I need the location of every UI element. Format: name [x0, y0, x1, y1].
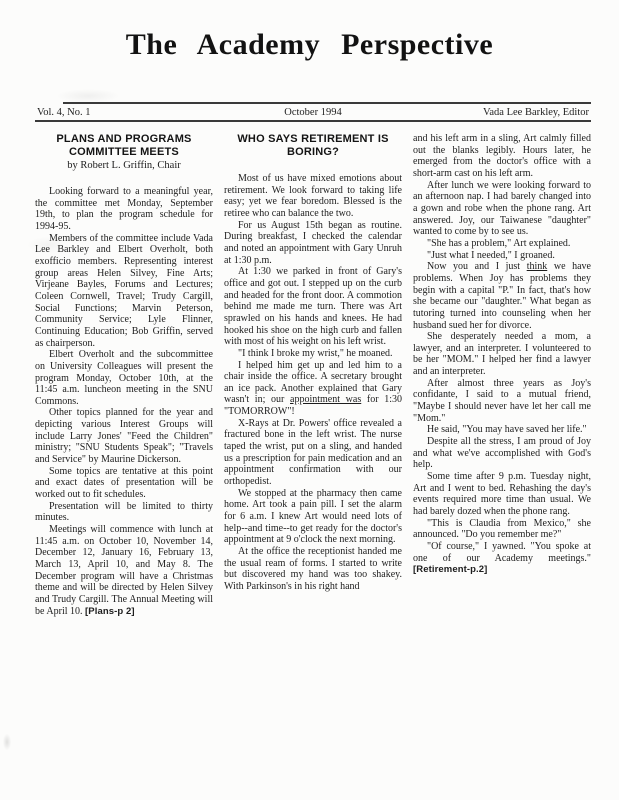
underlined-word: appointment was — [290, 394, 361, 405]
plans-article-heading: PLANS AND PROGRAMS COMMITTEE MEETS — [35, 133, 213, 159]
plans-paragraph: Looking forward to a meaningful year, th… — [35, 186, 213, 233]
retirement-paragraph: "Of course," I yawned. "You spoke at one… — [413, 541, 591, 576]
newsletter-title: The Academy Perspective — [0, 28, 619, 62]
plans-paragraph-text: Meetings will commence with lunch at 11:… — [35, 524, 213, 617]
retirement-paragraph: "Just what I needed," I groaned. — [413, 250, 591, 262]
retirement-paragraph: Now you and I just think we have problem… — [413, 261, 591, 331]
volume-number: Vol. 4, No. 1 — [37, 107, 221, 118]
plans-paragraph: Elbert Overholt and the subcommittee on … — [35, 349, 213, 407]
plans-paragraph: Members of the committee include Vada Le… — [35, 233, 213, 350]
retirement-paragraph: Some time after 9 p.m. Tuesday night, Ar… — [413, 471, 591, 518]
newsletter-page: The Academy Perspective Vol. 4, No. 1 Oc… — [0, 0, 619, 800]
column-1: PLANS AND PROGRAMS COMMITTEE MEETS by Ro… — [35, 131, 213, 617]
retirement-paragraph: "I think I broke my wrist," he moaned. — [224, 348, 402, 360]
retirement-paragraph: After lunch we were looking forward to a… — [413, 180, 591, 238]
retirement-paragraph-text: Now you and I just — [427, 261, 527, 272]
retirement-paragraph: For us August 15th began as routine. Dur… — [224, 220, 402, 267]
column-3: and his left arm in a sling, Art calmly … — [413, 131, 591, 617]
column-2: WHO SAYS RETIREMENT IS BORING? Most of u… — [224, 131, 402, 617]
retirement-paragraph: He said, "You may have saved her life." — [413, 424, 591, 436]
dateline-row: Vol. 4, No. 1 October 1994 Vada Lee Bark… — [35, 104, 591, 120]
retirement-paragraph-text: "Of course," I yawned. "You spoke at one… — [413, 541, 591, 564]
plans-jump-tag: [Plans-p 2] — [85, 606, 135, 617]
plans-paragraph: Presentation will be limited to thirty m… — [35, 501, 213, 524]
retirement-paragraph: X-Rays at Dr. Powers' office revealed a … — [224, 418, 402, 488]
plans-paragraph: Other topics planned for the year and de… — [35, 407, 213, 465]
retirement-paragraph: At 1:30 we parked in front of Gary's off… — [224, 266, 402, 348]
plans-paragraph: Meetings will commence with lunch at 11:… — [35, 524, 213, 617]
editor-credit: Vada Lee Barkley, Editor — [405, 107, 589, 118]
retirement-jump-tag: [Retirement-p.2] — [413, 564, 487, 575]
retirement-paragraph: Most of us have mixed emotions about ret… — [224, 173, 402, 220]
dateline-rule-bottom — [35, 120, 591, 122]
underlined-word: think — [527, 261, 548, 272]
retirement-paragraph: "This is Claudia from Mexico," she annou… — [413, 518, 591, 541]
retirement-paragraph: We stopped at the pharmacy then came hom… — [224, 488, 402, 546]
retirement-paragraph: At the office the receptionist handed me… — [224, 546, 402, 593]
retirement-paragraph: She desperately needed a mom, a lawyer, … — [413, 331, 591, 378]
issue-date: October 1994 — [221, 107, 405, 118]
plans-article-byline: by Robert L. Griffin, Chair — [35, 160, 213, 171]
retirement-paragraph: Despite all the stress, I am proud of Jo… — [413, 436, 591, 471]
retirement-paragraph-continued: and his left arm in a sling, Art calmly … — [413, 133, 591, 180]
retirement-paragraph: I helped him get up and led him to a cha… — [224, 360, 402, 418]
dateline-bar: Vol. 4, No. 1 October 1994 Vada Lee Bark… — [35, 102, 591, 122]
retirement-paragraph: "She has a problem," Art explained. — [413, 238, 591, 250]
article-columns: PLANS AND PROGRAMS COMMITTEE MEETS by Ro… — [35, 131, 591, 617]
retirement-paragraph: After almost three years as Joy's confid… — [413, 378, 591, 425]
retirement-article-heading: WHO SAYS RETIREMENT IS BORING? — [224, 133, 402, 159]
plans-paragraph: Some topics are tentative at this point … — [35, 466, 213, 501]
